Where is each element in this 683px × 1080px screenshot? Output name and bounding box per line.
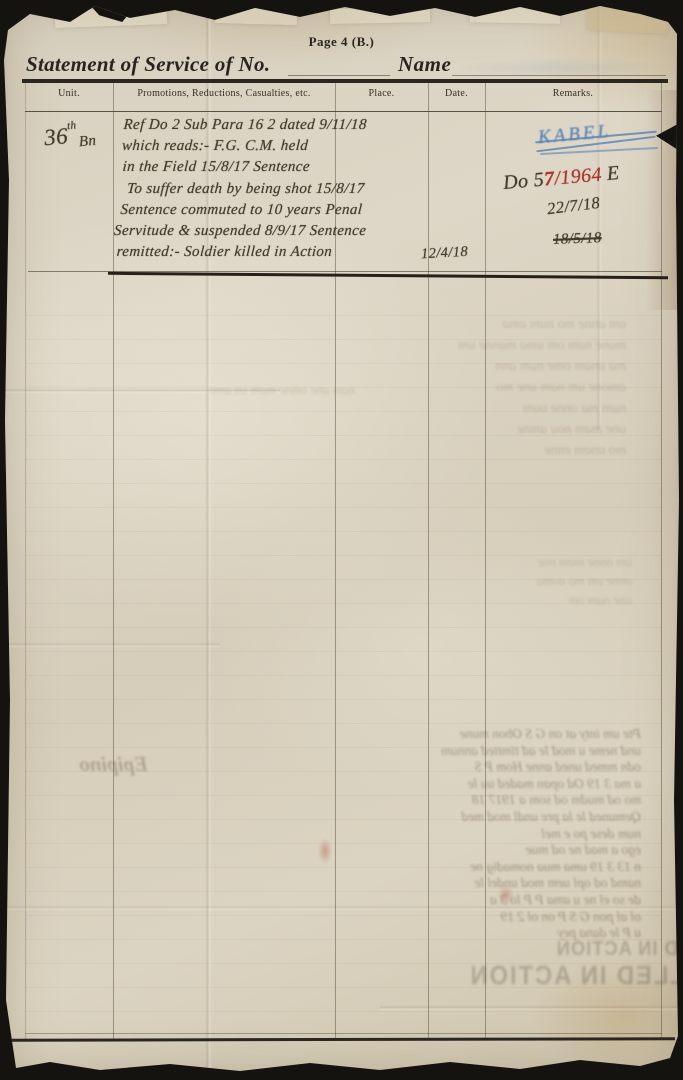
column-header-date: Date. [428, 88, 485, 99]
date-entry: 12/4/18 [421, 244, 469, 263]
table-bottom-heavy-rule [10, 1037, 675, 1041]
unit-number: 36 [43, 123, 69, 150]
column-header-promotions: Promotions, Reductions, Casualties, etc. [113, 88, 335, 99]
paper-sheet: um anne mo num amamune nam om uma manne … [0, 0, 683, 1080]
tape-piece [215, 5, 297, 25]
handwritten-line: Ref Do 2 Sub Para 16 2 dated 9/11/18 [123, 115, 375, 136]
form-title: Statement of Service of No. [26, 52, 270, 77]
unit-battalion: Bn [78, 133, 97, 150]
tape-piece [470, 6, 560, 24]
scanned-document-page: um anne mo num amamune nam om uma manne … [0, 0, 683, 1080]
handwritten-line: Sentence commuted to 10 years Penal [120, 200, 369, 221]
column-header-remarks: Remarks. [485, 88, 661, 99]
handwritten-line: which reads:- F.G. C.M. held [121, 136, 373, 157]
unit-entry: 36thBn [43, 118, 97, 151]
table-right-border [661, 83, 662, 1040]
service-number-blank-line [288, 75, 390, 76]
handwritten-line: To suffer death by being shot 15/8/17 [126, 179, 370, 200]
promotions-entry-text: Ref Do 2 Sub Para 16 2 dated 9/11/18 whi… [114, 115, 375, 263]
column-header-unit: Unit. [25, 88, 113, 99]
bleedthrough-stamp-killed-in-action: KILLED IN ACTION [469, 960, 683, 991]
column-divider-place [428, 83, 429, 1040]
tape-piece-corner [587, 0, 668, 34]
bleedthrough-red-mark [498, 885, 514, 905]
header-bottom-rule [25, 111, 662, 112]
table-top-rule [22, 79, 668, 83]
bleedthrough-text-mid: nam une omne mam un amo [85, 382, 355, 398]
reference-red-number: /1964 [553, 163, 602, 189]
remarks-date-struck-out: 18/5/18 [553, 230, 602, 249]
reference-prefix: Do 5 [502, 169, 545, 194]
name-blank-line [452, 75, 666, 76]
page-number-label: Page 4 (B.) [0, 34, 683, 50]
remarks-date-noted: 22/7/18 [546, 193, 601, 219]
bleedthrough-stamp-killed-in-action: KILLED IN ACTION [556, 938, 683, 961]
reference-suffix: E [606, 162, 620, 185]
handwritten-line: Servitude & suspended 8/9/17 Sentence [113, 221, 367, 242]
bleedthrough-text-c: um onne mam nueanne um mo numa une nam o… [400, 552, 632, 609]
handwritten-line: remitted:- Soldier killed in Action [116, 242, 366, 263]
table-left-border [25, 83, 26, 1040]
name-label: Name [398, 52, 451, 77]
column-header-place: Place. [335, 88, 428, 99]
bleedthrough-red-mark [318, 838, 332, 864]
bleedthrough-ghost-word: Epipino [28, 752, 148, 777]
entry-closing-ink-line [108, 272, 668, 279]
tape-piece [330, 7, 430, 24]
column-divider-date [485, 83, 486, 1040]
unit-ordinal-suffix: th [67, 119, 77, 132]
handwritten-line: in the Field 15/8/17 Sentence [122, 157, 372, 178]
table-bottom-thin-rule [25, 1033, 662, 1034]
bleedthrough-text-lower: Pte um inty at on G S Obon muneund neme … [233, 726, 641, 942]
